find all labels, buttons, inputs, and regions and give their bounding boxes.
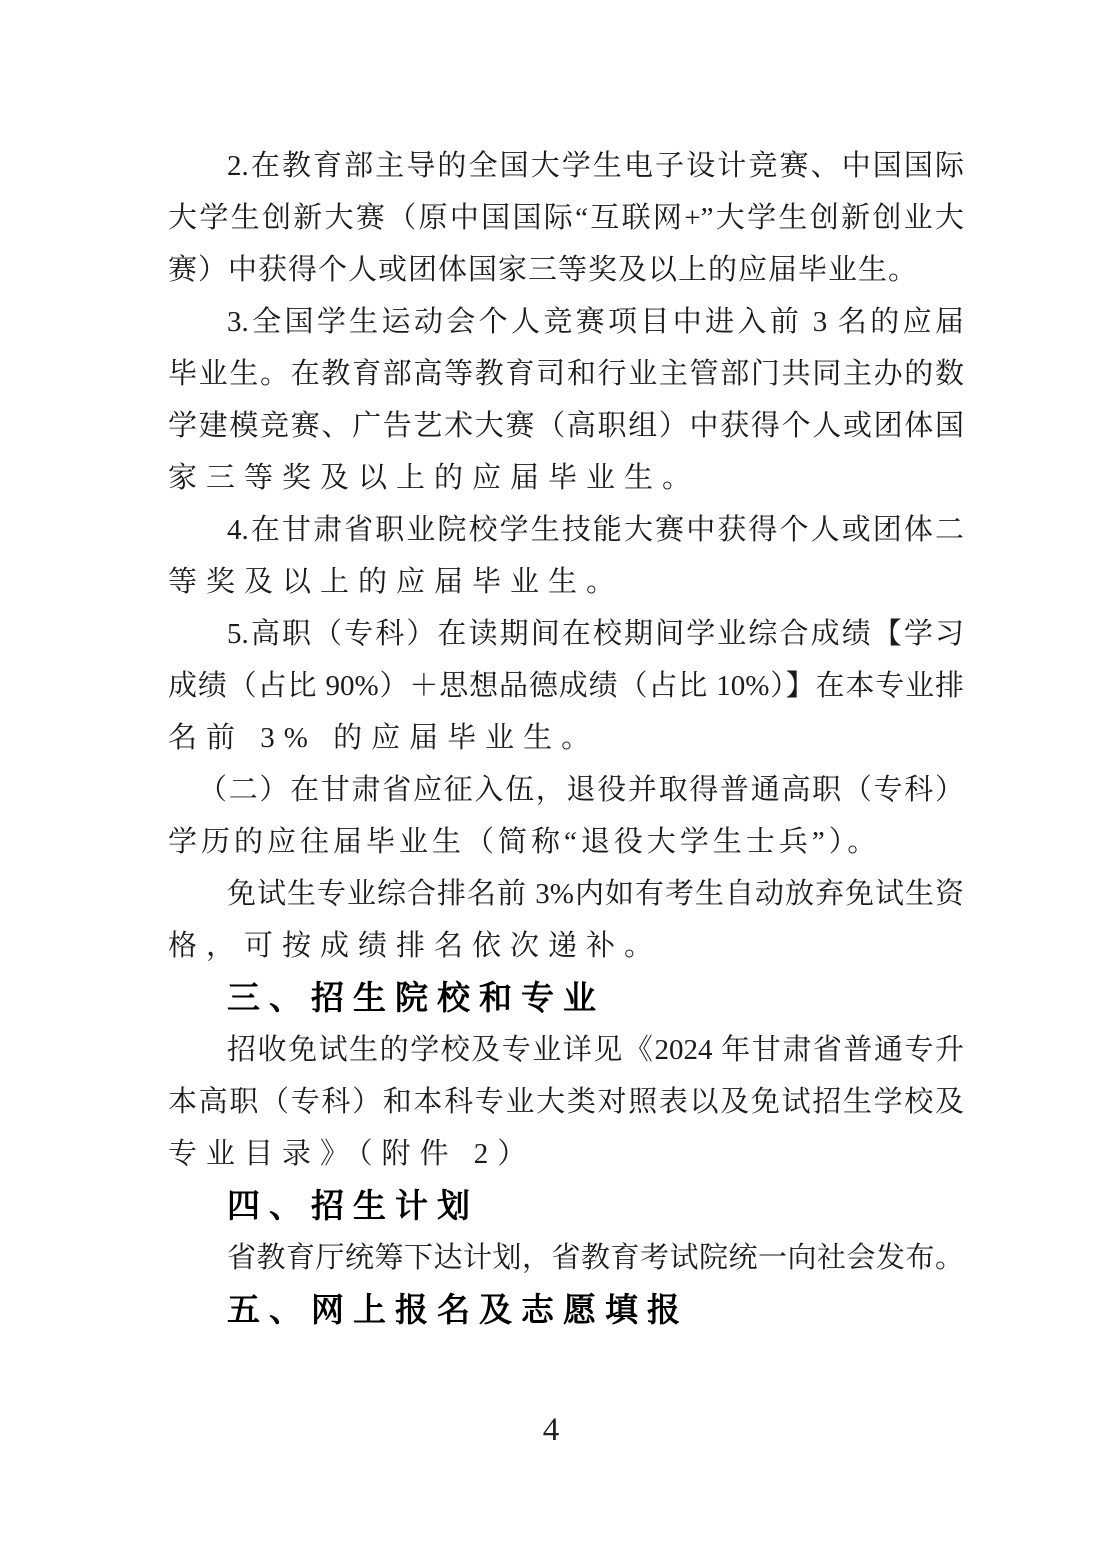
document-page: 2.在教育部主导的全国大学生电子设计竞赛、中国国际 大学生创新大赛（原中国国际“… (0, 0, 1102, 1559)
body-text-line: 5.高职（专科）在读期间在校期间学业综合成绩【学习 (168, 608, 964, 660)
body-text-line: 成绩（占比 90%）＋思想品德成绩（占比 10%）】在本专业排 (168, 660, 964, 712)
body-text-line: 大学生创新大赛（原中国国际“互联网+”大学生创新创业大 (168, 192, 964, 244)
section-heading: 四、招生计划 (168, 1180, 964, 1232)
text-block: 2.在教育部主导的全国大学生电子设计竞赛、中国国际 大学生创新大赛（原中国国际“… (168, 140, 964, 1336)
page-number: 4 (0, 1408, 1102, 1452)
body-text-line: 赛）中获得个人或团体国家三等奖及以上的应届毕业生。 (168, 244, 964, 296)
body-text-line: 学建模竞赛、广告艺术大赛（高职组）中获得个人或团体国 (168, 400, 964, 452)
body-text-line: （二）在甘肃省应征入伍，退役并取得普通高职（专科） (168, 764, 964, 816)
body-text-line: 学历的应往届毕业生（简称“退役大学生士兵”）。 (168, 816, 964, 868)
body-text-line: 格，可按成绩排名依次递补。 (168, 920, 964, 972)
body-text-line: 3.全国学生运动会个人竞赛项目中进入前 3 名的应届 (168, 296, 964, 348)
body-text-line: 免试生专业综合排名前 3%内如有考生自动放弃免试生资 (168, 868, 964, 920)
body-text-line: 名前 3% 的应届毕业生。 (168, 712, 964, 764)
body-text-line: 2.在教育部主导的全国大学生电子设计竞赛、中国国际 (168, 140, 964, 192)
section-heading: 三、招生院校和专业 (168, 972, 964, 1024)
section-heading: 五、网上报名及志愿填报 (168, 1284, 964, 1336)
body-text-line: 家三等奖及以上的应届毕业生。 (168, 452, 964, 504)
body-text-line: 省教育厅统筹下达计划，省教育考试院统一向社会发布。 (168, 1232, 964, 1284)
body-text-line: 毕业生。在教育部高等教育司和行业主管部门共同主办的数 (168, 348, 964, 400)
body-text-line: 招收免试生的学校及专业详见《2024 年甘肃省普通专升 (168, 1024, 964, 1076)
body-text-line: 4.在甘肃省职业院校学生技能大赛中获得个人或团体二 (168, 504, 964, 556)
body-text-line: 本高职（专科）和本科专业大类对照表以及免试招生学校及 (168, 1076, 964, 1128)
body-text-line: 专业目录》（附件 2） (168, 1128, 964, 1180)
body-text-line: 等奖及以上的应届毕业生。 (168, 556, 964, 608)
